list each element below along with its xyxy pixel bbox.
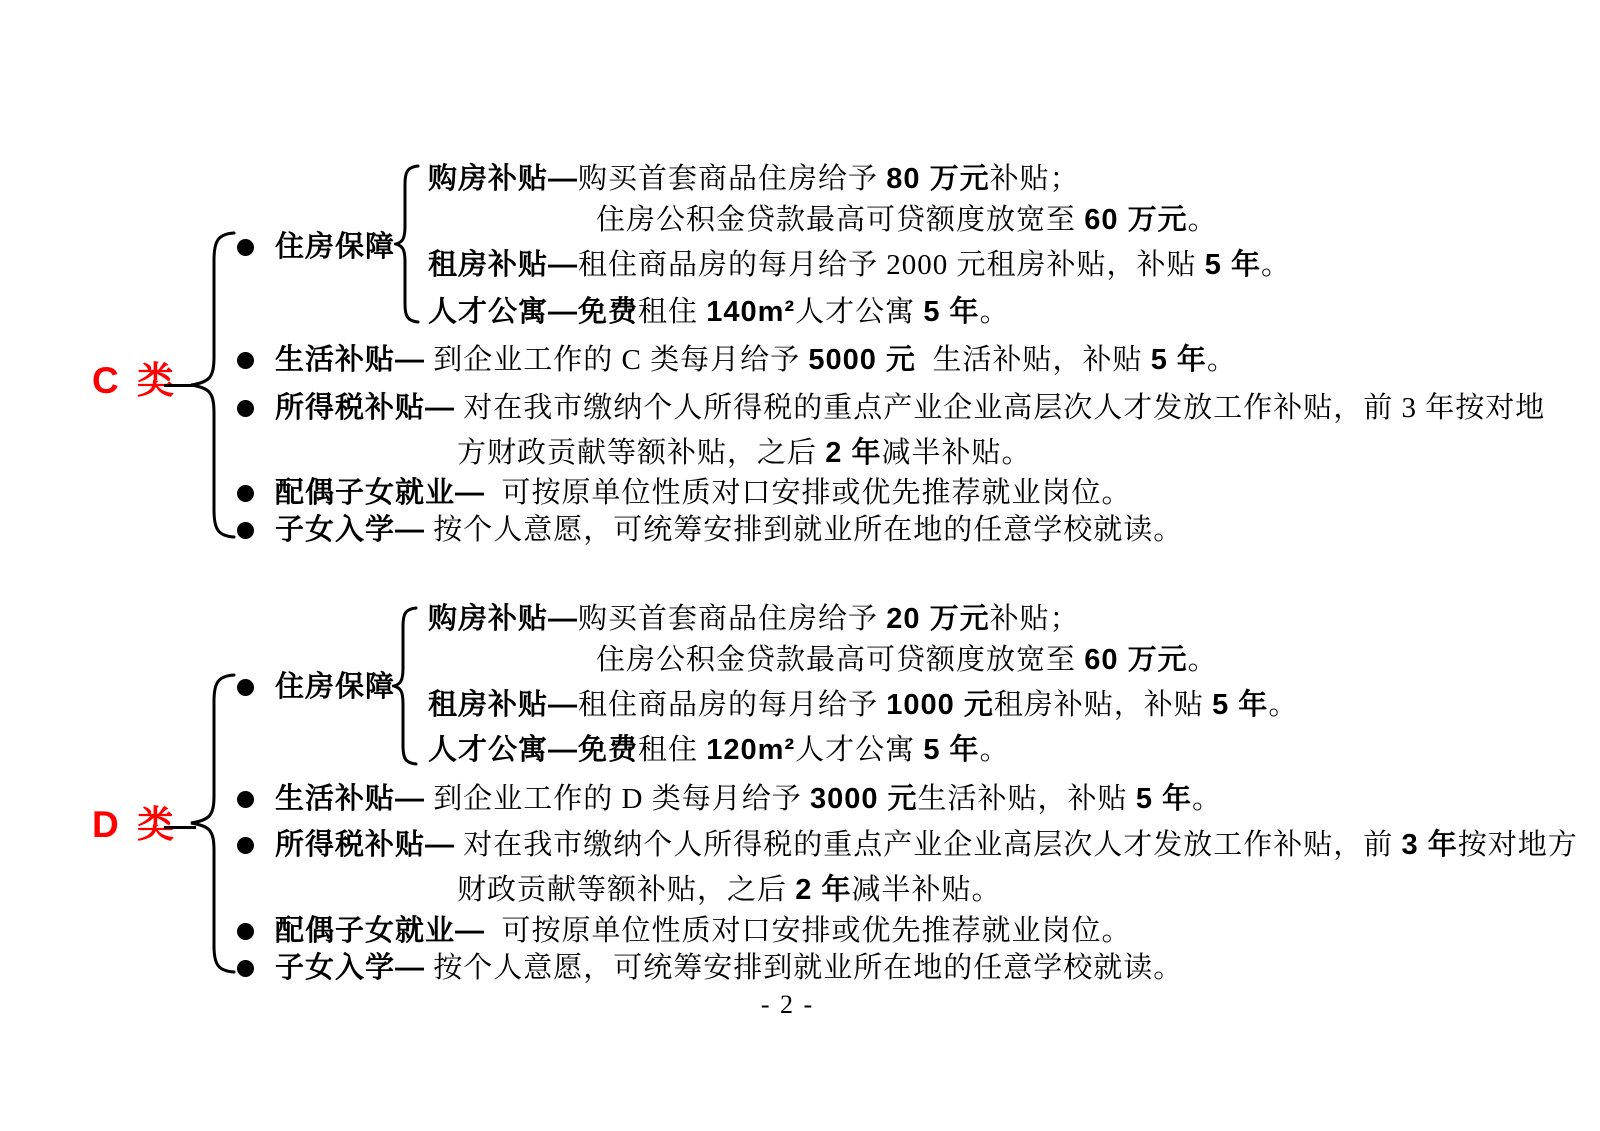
living-allowance-item-c: 生活补贴— 到企业工作的 C 类每月给予 5000 元 生活补贴，补贴 5 年。: [237, 342, 1237, 378]
income-tax-subsidy-text-d: 所得税补贴— 对在我市缴纳个人所得税的重点产业企业高层次人才发放工作补贴，前 3…: [275, 827, 1578, 863]
housing-curly-brace-d: [392, 606, 420, 766]
spouse-children-employment-text-c: 配偶子女就业— 可按原单位性质对口安排或优先推荐就业岗位。: [275, 475, 1132, 511]
bullet-icon: [237, 485, 254, 502]
housing-curly-brace-c: [394, 164, 422, 324]
income-tax-subsidy-wrap-line-c: 方财政贡献等额补贴，之后 2 年减半补贴。: [457, 435, 1031, 471]
category-d-label: D 类: [92, 804, 178, 846]
document-page: C 类 住房保障 购房补贴—购买首套商品住房给予 80 万元补贴； 住房公积金贷…: [0, 0, 1600, 1131]
spouse-children-employment-item-d: 配偶子女就业— 可按原单位性质对口安排或优先推荐就业岗位。: [237, 913, 1132, 949]
housing-security-label-d: 住房保障: [275, 669, 395, 705]
talent-apartment-line-d: 人才公寓—免费租住 120m²人才公寓 5 年。: [428, 732, 1010, 768]
category-d-curly-brace: [184, 672, 240, 975]
bullet-icon: [237, 400, 254, 417]
bullet-icon: [237, 679, 254, 696]
children-schooling-text-c: 子女入学— 按个人意愿，可统筹安排到就业所在地的任意学校就读。: [275, 512, 1183, 548]
bullet-icon: [237, 960, 254, 977]
category-c-label: C 类: [92, 360, 178, 402]
income-tax-subsidy-item-d: 所得税补贴— 对在我市缴纳个人所得税的重点产业企业高层次人才发放工作补贴，前 3…: [237, 827, 1578, 863]
talent-apartment-line-c: 人才公寓—免费租住 140m²人才公寓 5 年。: [428, 294, 1010, 330]
living-allowance-item-d: 生活补贴— 到企业工作的 D 类每月给予 3000 元生活补贴，补贴 5 年。: [237, 781, 1222, 817]
income-tax-subsidy-item-c: 所得税补贴— 对在我市缴纳个人所得税的重点产业企业高层次人才发放工作补贴，前 3…: [237, 390, 1545, 426]
living-allowance-text-c: 生活补贴— 到企业工作的 C 类每月给予 5000 元 生活补贴，补贴 5 年。: [275, 342, 1237, 378]
children-schooling-text-d: 子女入学— 按个人意愿，可统筹安排到就业所在地的任意学校就读。: [275, 950, 1183, 986]
income-tax-subsidy-wrap-line-d: 财政贡献等额补贴，之后 2 年减半补贴。: [457, 872, 1001, 908]
housing-security-label-c: 住房保障: [275, 229, 395, 265]
children-schooling-item-d: 子女入学— 按个人意愿，可统筹安排到就业所在地的任意学校就读。: [237, 950, 1183, 986]
rental-subsidy-line-c: 租房补贴—租住商品房的每月给予 2000 元租房补贴，补贴 5 年。: [428, 247, 1291, 283]
rental-subsidy-line-d: 租房补贴—租住商品房的每月给予 1000 元租房补贴，补贴 5 年。: [428, 687, 1298, 723]
spouse-children-employment-item-c: 配偶子女就业— 可按原单位性质对口安排或优先推荐就业岗位。: [237, 475, 1132, 511]
housing-security-item-d: 住房保障: [237, 669, 395, 705]
spouse-children-employment-text-d: 配偶子女就业— 可按原单位性质对口安排或优先推荐就业岗位。: [275, 913, 1132, 949]
bullet-icon: [237, 352, 254, 369]
housing-purchase-subsidy-line-c: 购房补贴—购买首套商品住房给予 80 万元补贴；: [428, 161, 1080, 197]
housing-security-item-c: 住房保障: [237, 229, 395, 265]
bullet-icon: [237, 837, 254, 854]
housing-fund-loan-line-d: 住房公积金贷款最高可贷额度放宽至 60 万元。: [596, 642, 1218, 678]
housing-purchase-subsidy-line-d: 购房补贴—购买首套商品住房给予 20 万元补贴；: [428, 601, 1080, 637]
bullet-icon: [237, 791, 254, 808]
bullet-icon: [237, 923, 254, 940]
bullet-icon: [237, 239, 254, 256]
children-schooling-item-c: 子女入学— 按个人意愿，可统筹安排到就业所在地的任意学校就读。: [237, 512, 1183, 548]
page-number: - 2 -: [0, 990, 1575, 1020]
bullet-icon: [237, 522, 254, 539]
housing-fund-loan-line-c: 住房公积金贷款最高可贷额度放宽至 60 万元。: [596, 202, 1218, 238]
category-c-curly-brace: [184, 230, 240, 540]
income-tax-subsidy-text-c: 所得税补贴— 对在我市缴纳个人所得税的重点产业企业高层次人才发放工作补贴，前 3…: [275, 390, 1545, 426]
living-allowance-text-d: 生活补贴— 到企业工作的 D 类每月给予 3000 元生活补贴，补贴 5 年。: [275, 781, 1222, 817]
